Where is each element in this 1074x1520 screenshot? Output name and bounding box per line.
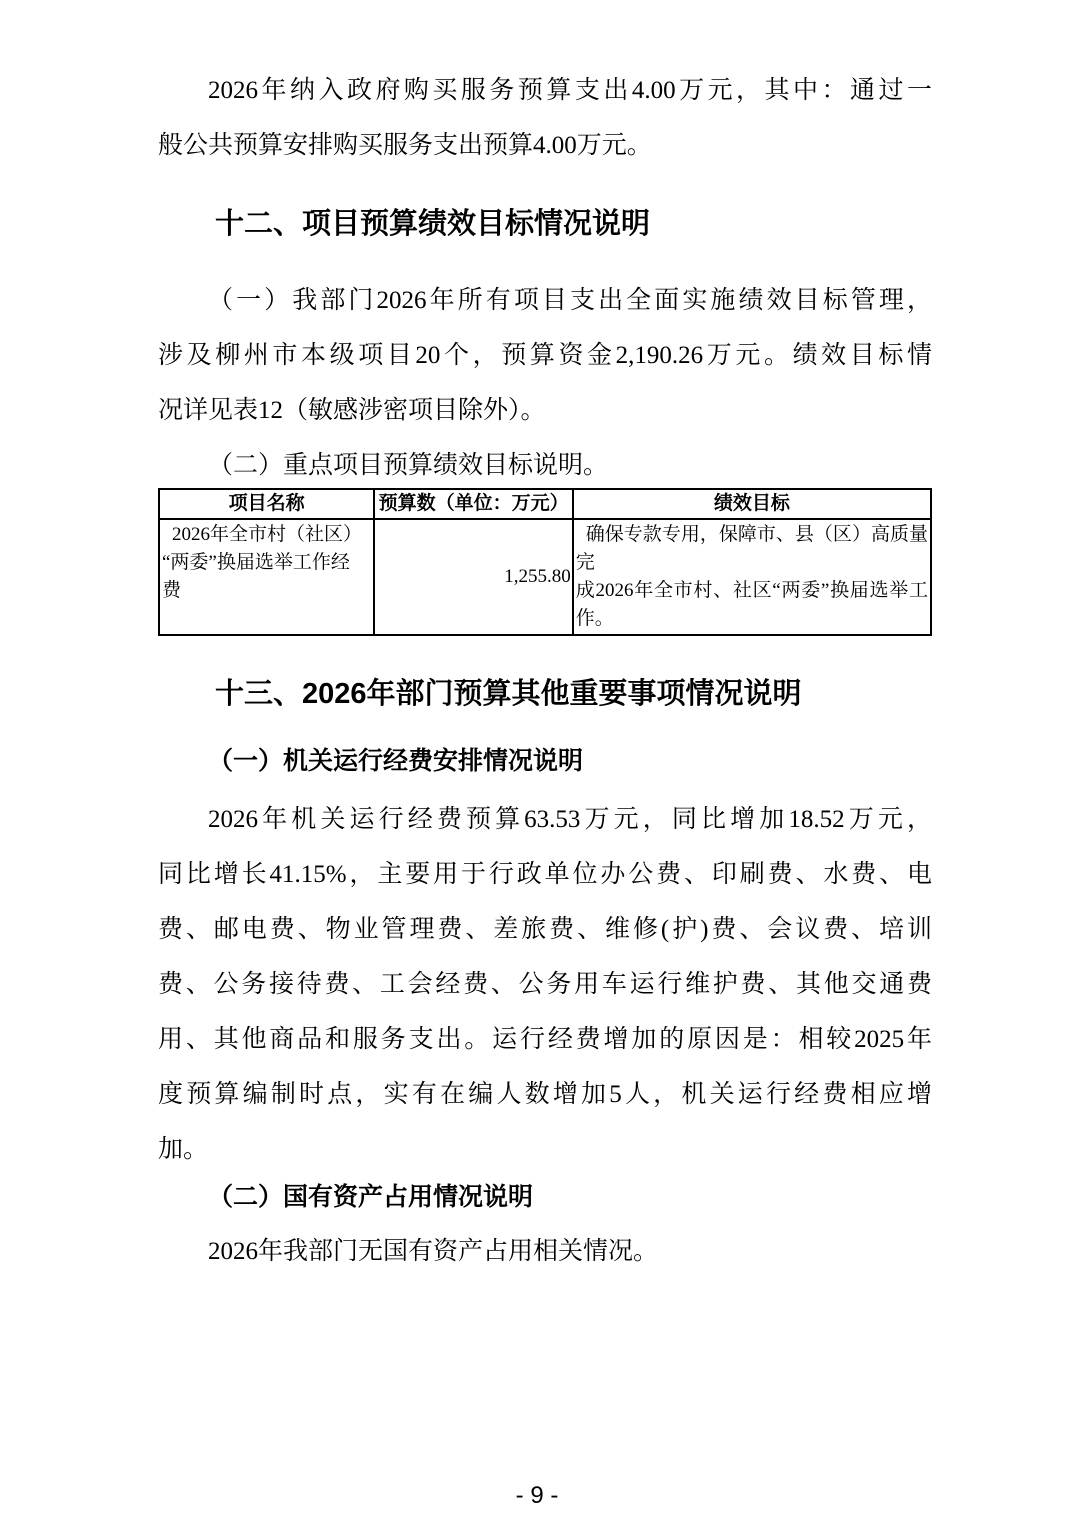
paragraph-line: 费、公务接待费、工会经费、公务用车运行维护费、其他交通费	[158, 957, 932, 1012]
col-header-budget-amount: 预算数（单位：万元）	[374, 489, 572, 519]
cell-line: 2026年全市村（社区）	[162, 521, 371, 549]
section-13-sub-2-paragraph: 2026年我部门无国有资产占用相关情况。	[158, 1224, 932, 1279]
col-header-performance-target: 绩效目标	[573, 489, 931, 519]
paragraph-line: 2026年纳入政府购买服务预算支出4.00万元，其中：通过一	[158, 63, 932, 118]
col-header-project-name: 项目名称	[159, 489, 374, 519]
section-13-heading: 十三、2026年部门预算其他重要事项情况说明	[158, 674, 932, 714]
cell-line: 确保专款专用，保障市、县（区）高质量完	[576, 521, 928, 577]
performance-target-cell: 确保专款专用，保障市、县（区）高质量完 成2026年全市村、社区“两委”换届选举…	[573, 519, 931, 635]
table-header-row: 项目名称 预算数（单位：万元） 绩效目标	[159, 489, 931, 519]
section-12-heading: 十二、项目预算绩效目标情况说明	[158, 204, 932, 244]
cell-line: 成2026年全市村、社区“两委”换届选举工	[576, 577, 928, 605]
paragraph-line: 度预算编制时点，实有在编人数增加5人，机关运行经费相应增	[158, 1067, 932, 1122]
paragraph-line: 费、邮电费、物业管理费、差旅费、维修(护)费、会议费、培训	[158, 902, 932, 957]
table-row: 2026年全市村（社区） “两委”换届选举工作经 费 1,255.80 确保专款…	[159, 519, 931, 635]
cell-line: 费	[162, 577, 371, 605]
project-name-cell: 2026年全市村（社区） “两委”换届选举工作经 费	[159, 519, 374, 635]
paragraph-line: 况详见表12（敏感涉密项目除外）。	[158, 383, 932, 438]
section-13-sub-1-paragraph: 2026年机关运行经费预算63.53万元，同比增加18.52万元， 同比增长41…	[158, 792, 932, 1177]
section-12-paragraph-1: （一）我部门2026年所有项目支出全面实施绩效目标管理， 涉及柳州市本级项目20…	[158, 273, 932, 438]
paragraph-line: 2026年机关运行经费预算63.53万元，同比增加18.52万元，	[158, 792, 932, 847]
paragraph-line: 用、其他商品和服务支出。运行经费增加的原因是：相较2025年	[158, 1012, 932, 1067]
section-13-sub-1-heading: （一）机关运行经费安排情况说明	[158, 743, 932, 781]
section-13-sub-2-heading: （二）国有资产占用情况说明	[158, 1179, 932, 1217]
intro-paragraph: 2026年纳入政府购买服务预算支出4.00万元，其中：通过一 般公共预算安排购买…	[158, 63, 932, 173]
page-number: - 9 -	[0, 1482, 1074, 1510]
paragraph-line: 般公共预算安排购买服务支出预算4.00万元。	[158, 118, 932, 173]
page-content: 2026年纳入政府购买服务预算支出4.00万元，其中：通过一 般公共预算安排购买…	[158, 0, 932, 1279]
performance-target-table: 项目名称 预算数（单位：万元） 绩效目标 2026年全市村（社区） “两委”换届…	[158, 488, 932, 636]
paragraph-line: 2026年我部门无国有资产占用相关情况。	[158, 1224, 932, 1279]
paragraph-line: 同比增长41.15%，主要用于行政单位办公费、印刷费、水费、电	[158, 847, 932, 902]
paragraph-line: 涉及柳州市本级项目20个，预算资金2,190.26万元。绩效目标情	[158, 328, 932, 383]
document-page: 2026年纳入政府购买服务预算支出4.00万元，其中：通过一 般公共预算安排购买…	[0, 0, 1074, 1520]
cell-line: 作。	[576, 605, 928, 633]
paragraph-line: （一）我部门2026年所有项目支出全面实施绩效目标管理，	[158, 273, 932, 328]
cell-line: “两委”换届选举工作经	[162, 549, 371, 577]
paragraph-line: 加。	[158, 1122, 932, 1177]
section-12-paragraph-2: （二）重点项目预算绩效目标说明。	[158, 438, 932, 493]
paragraph-line: （二）重点项目预算绩效目标说明。	[158, 438, 932, 493]
budget-amount-cell: 1,255.80	[374, 519, 572, 635]
